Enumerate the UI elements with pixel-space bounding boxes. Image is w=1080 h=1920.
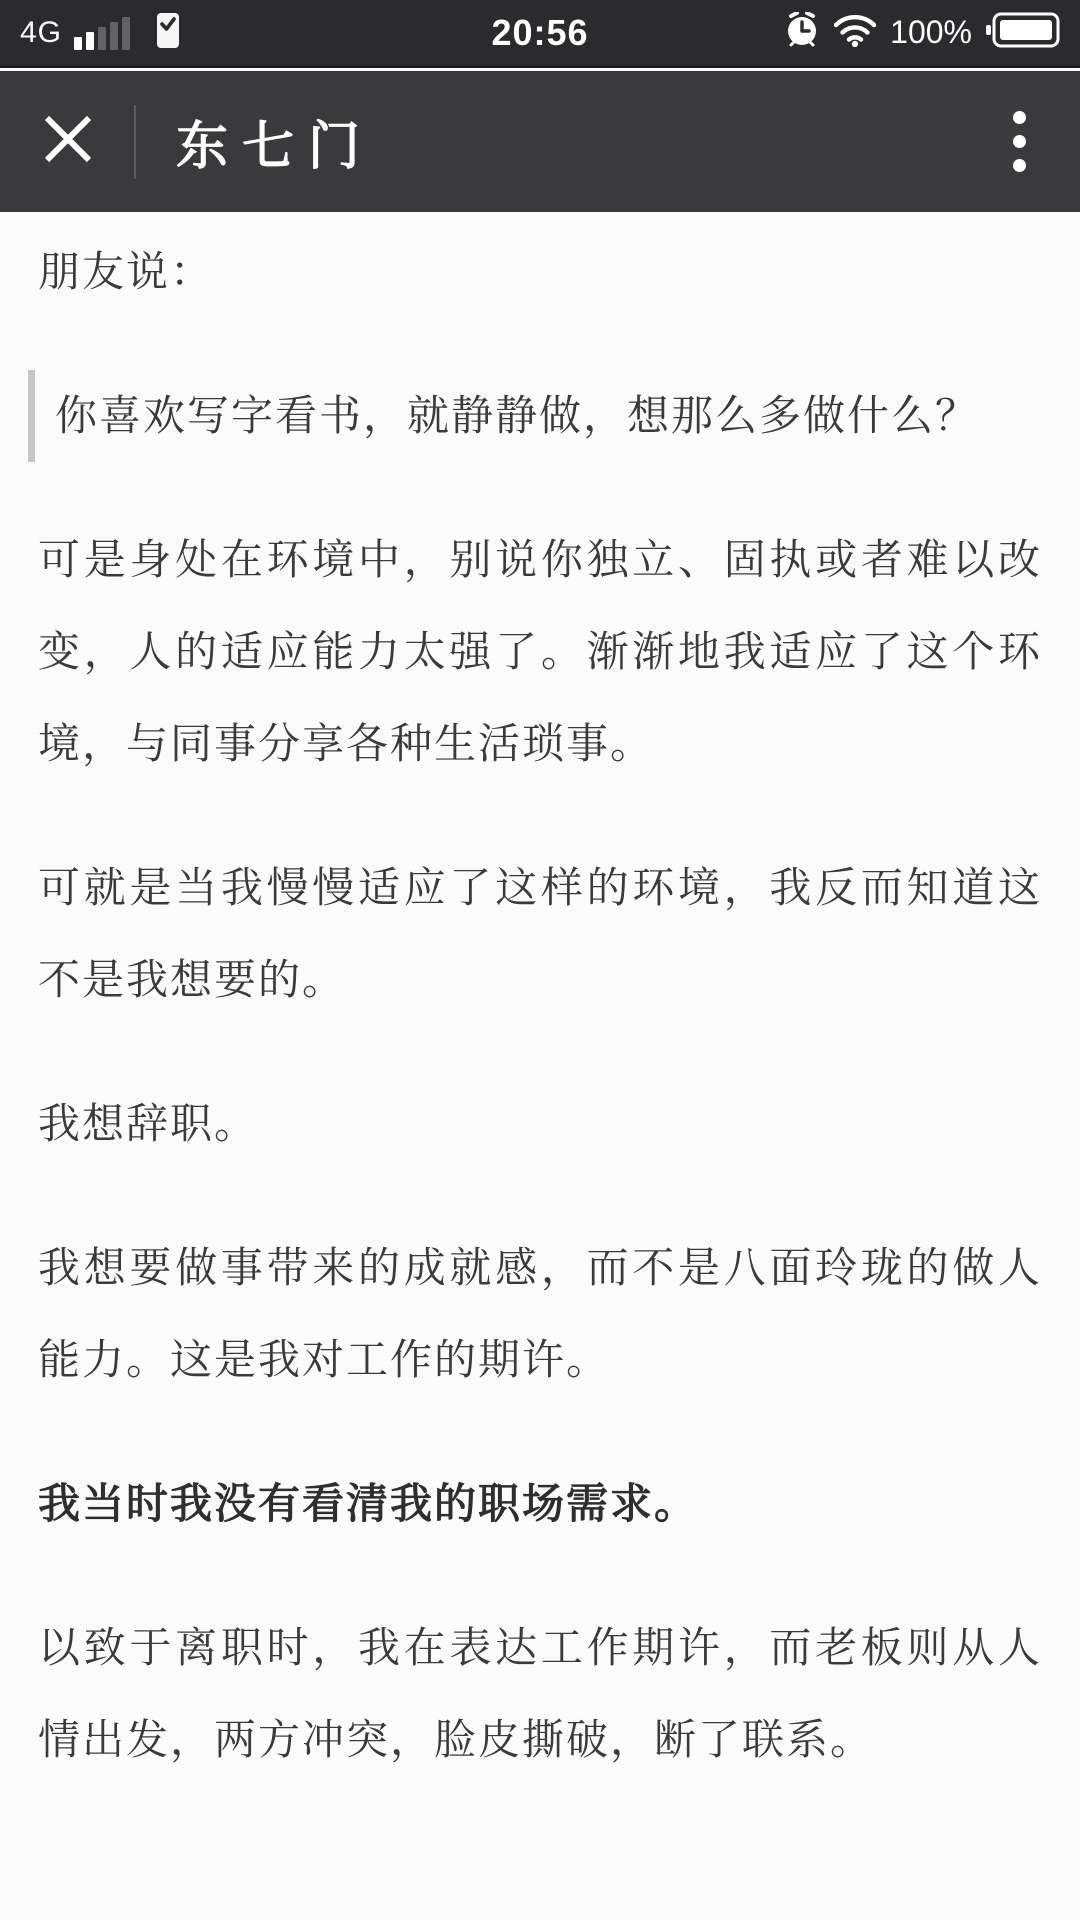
- status-bar: 4G 20:56: [0, 0, 1080, 68]
- battery-percentage-label: 100%: [890, 14, 972, 51]
- article-paragraph: 我想要做事带来的成就感，而不是八面玲珑的做人能力。这是我对工作的期许。: [38, 1222, 1042, 1406]
- phone-screen: 4G 20:56: [0, 0, 1080, 1920]
- wifi-icon: [834, 13, 876, 52]
- checkmark-notification-icon: [156, 11, 180, 54]
- signal-strength-icon: [74, 16, 130, 50]
- article-body: 朋友说：你喜欢写字看书，就静静做，想那么多做什么？可是身处在环境中，别说你独立、…: [0, 212, 1080, 1920]
- article-paragraph: 可是身处在环境中，别说你独立、固执或者难以改变，人的适应能力太强了。渐渐地我适应…: [38, 514, 1042, 790]
- article-blockquote: 你喜欢写字看书，就静静做，想那么多做什么？: [28, 370, 1042, 462]
- battery-icon: [986, 12, 1060, 53]
- close-x-icon: [43, 114, 93, 169]
- network-type-label: 4G: [20, 16, 62, 50]
- alarm-clock-icon: [784, 12, 820, 53]
- article-paragraph: 我当时我没有看清我的职场需求。: [38, 1458, 1042, 1550]
- page-title: 东七门: [176, 104, 374, 179]
- title-bar-divider: [134, 105, 136, 179]
- article-paragraph: 朋友说：: [38, 226, 1042, 318]
- status-right-group: 100%: [784, 12, 1060, 53]
- title-bar: 东七门: [0, 71, 1080, 212]
- status-left-group: 4G: [20, 11, 180, 54]
- close-button[interactable]: [40, 114, 96, 170]
- article-paragraph: 我想辞职。: [38, 1078, 1042, 1170]
- article-paragraph: 可就是当我慢慢适应了这样的环境，我反而知道这不是我想要的。: [38, 842, 1042, 1026]
- more-menu-button[interactable]: [999, 105, 1040, 178]
- article-paragraph: 以致于离职时，我在表达工作期许，而老板则从人情出发，两方冲突，脸皮撕破，断了联系…: [38, 1602, 1042, 1786]
- more-vertical-icon: [1013, 111, 1026, 124]
